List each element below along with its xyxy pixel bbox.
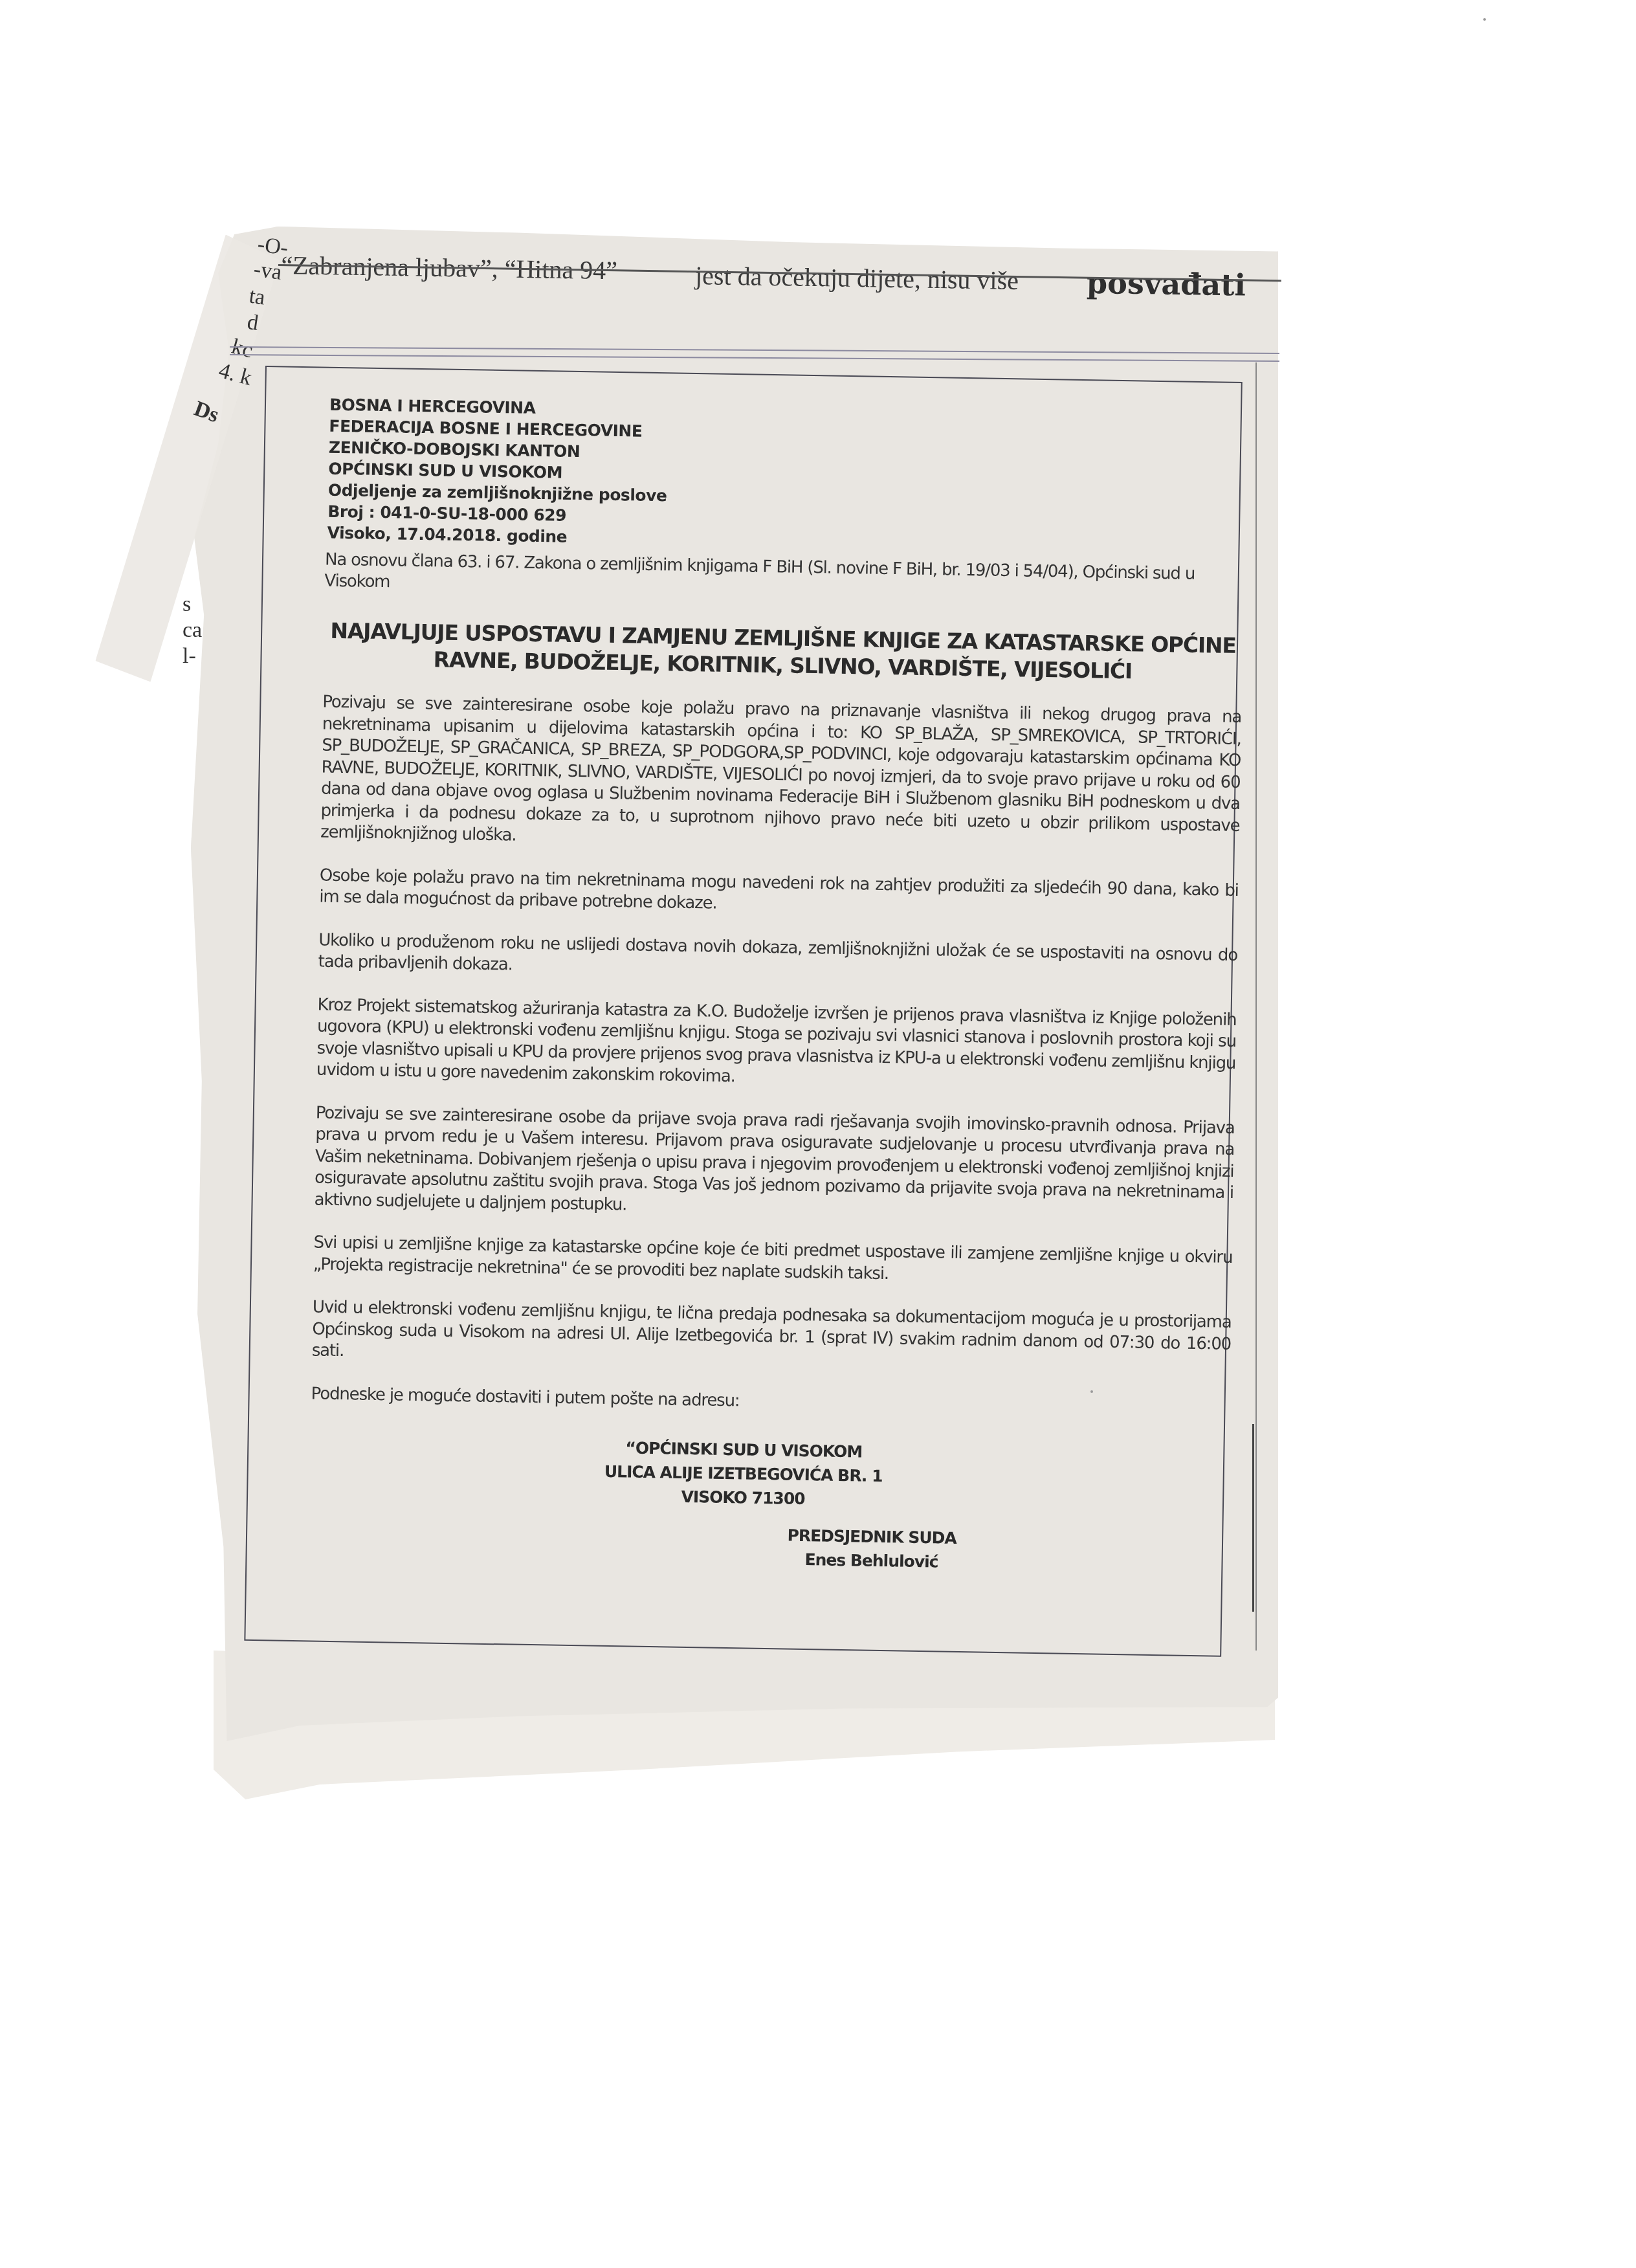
edge-fragment: ca — [182, 618, 202, 643]
paragraph-extension: Osobe koje polažu pravo na tim nekretnin… — [319, 865, 1239, 924]
paragraph-no-new-evidence: Ukoliko u produženom roku ne uslijedi do… — [318, 929, 1237, 988]
signature-block: PREDSJEDNIK SUDA Enes Behlulović — [748, 1523, 995, 1575]
edge-fragment: ta — [247, 283, 267, 310]
issuer-header: BOSNA I HERCEGOVINA FEDERACIJA BOSNE I H… — [327, 394, 668, 550]
notice-body: Pozivaju se sve zainteresirane osobe koj… — [308, 692, 1241, 1579]
signatory-name: Enes Behlulović — [748, 1547, 995, 1575]
newspaper-clipping: -O- -va ta d kc 4. k Ds s ca l- “Zabranj… — [0, 0, 1636, 2268]
paragraph-invitation: Pozivaju se sve zainteresirane osobe koj… — [320, 692, 1242, 859]
paragraph-postal-submission: Podneske je moguće dostaviti i putem poš… — [311, 1383, 1230, 1420]
paragraph-kpu-transfer: Kroz Projekt sistematskog ažuriranja kat… — [316, 994, 1237, 1096]
paragraph-office-hours: Uvid u elektronski vođenu zemljišnu knji… — [311, 1296, 1231, 1377]
edge-fragment: s — [182, 592, 191, 617]
edge-fragment: l- — [182, 644, 196, 669]
paragraph-no-court-fees: Svi upisi u zemljišne knjige za katastar… — [313, 1232, 1233, 1291]
court-notice-box: BOSNA I HERCEGOVINA FEDERACIJA BOSNE I H… — [244, 366, 1242, 1657]
postal-address: “OPĆINSKI SUD U VISOKOM ULICA ALIJE IZET… — [258, 1430, 1230, 1518]
scan-speck — [1090, 1390, 1093, 1393]
column-divider-bold — [1252, 1424, 1254, 1612]
scan-speck — [1483, 18, 1486, 21]
notice-title: NAJAVLJUJE USPOSTAVU I ZAMJENU ZEMLJIŠNE… — [323, 617, 1243, 687]
legal-basis-intro: Na osnovu člana 63. i 67. Zakona o zemlj… — [324, 550, 1244, 608]
signatory-title: PREDSJEDNIK SUDA — [749, 1523, 995, 1551]
previous-article-fragment-middle: jest da očekuju dijete, nisu više — [695, 260, 1019, 296]
column-divider — [1255, 362, 1257, 1651]
previous-article-fragment-right: posvađati — [1087, 265, 1246, 303]
paragraph-register-rights: Pozivaju se sve zainteresirane osobe da … — [314, 1102, 1235, 1226]
